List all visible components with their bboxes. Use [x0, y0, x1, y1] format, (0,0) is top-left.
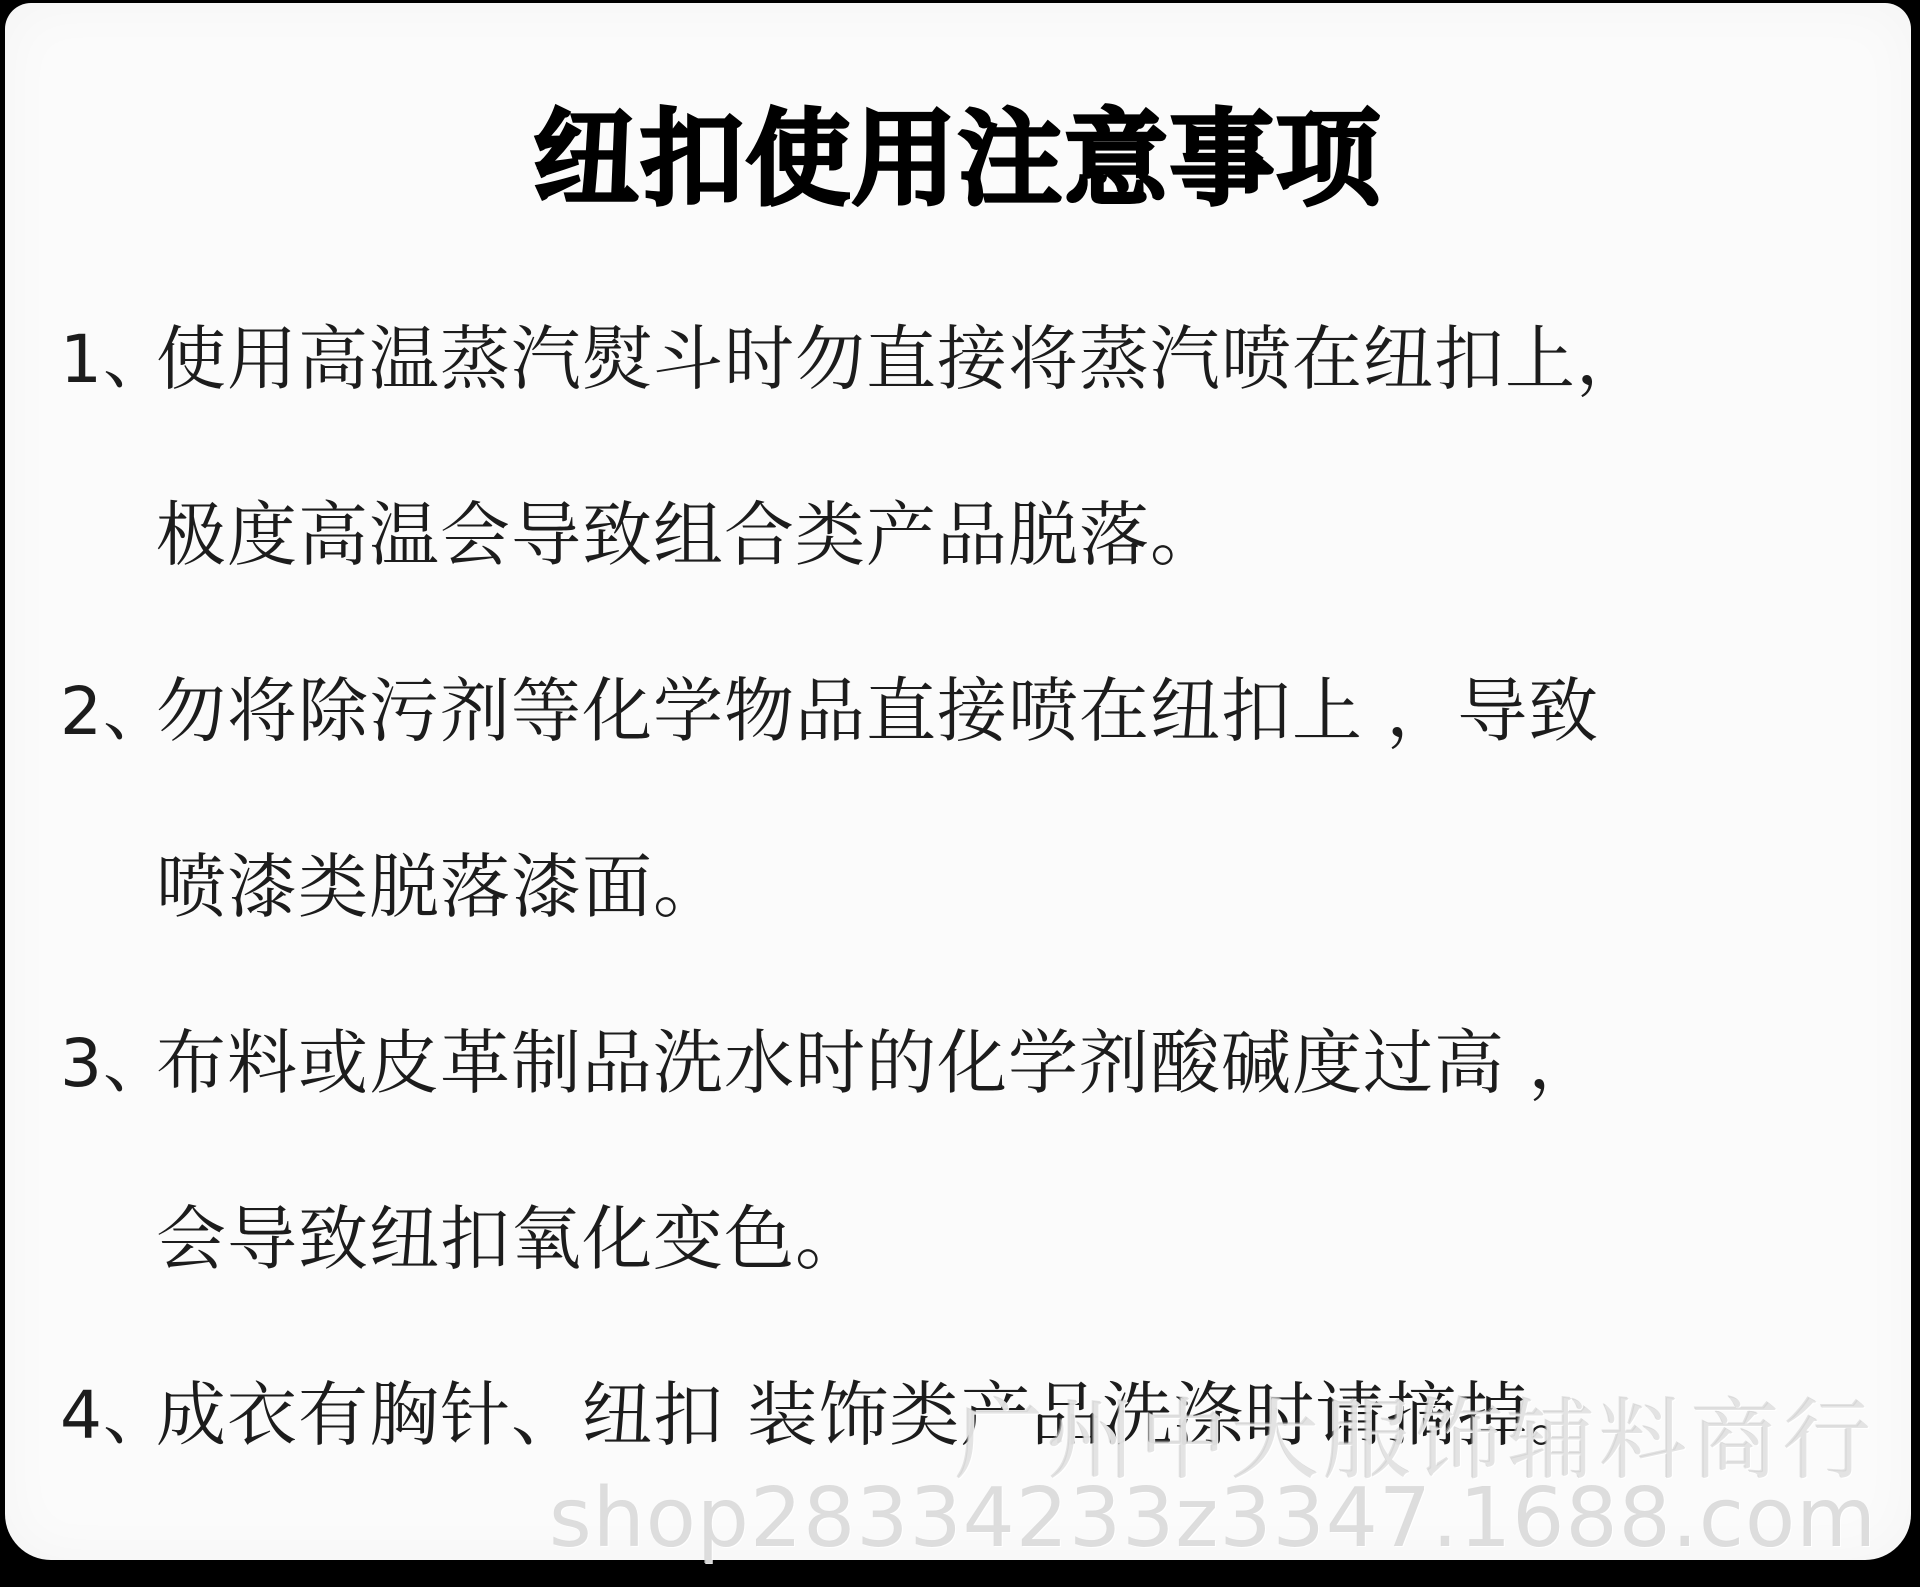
- notice-list: 1、 使用高温蒸汽熨斗时勿直接将蒸汽喷在纽扣上， 极度高温会导致组合类产品脱落。…: [60, 265, 1871, 1497]
- list-item: 2、 勿将除污剂等化学物品直接喷在纽扣上 ，导致: [60, 617, 1871, 793]
- list-item: 3、 布料或皮革制品洗水时的化学剂酸碱度过高 ，: [60, 969, 1871, 1145]
- item-text: 勿将除污剂等化学物品直接喷在纽扣上 ，导致: [156, 655, 1599, 756]
- item-number: 4、: [60, 1362, 156, 1457]
- item-text: 使用高温蒸汽熨斗时勿直接将蒸汽喷在纽扣上，: [156, 303, 1647, 404]
- list-item: 1、 使用高温蒸汽熨斗时勿直接将蒸汽喷在纽扣上，: [60, 265, 1871, 441]
- notice-card: 纽扣使用注意事项 1、 使用高温蒸汽熨斗时勿直接将蒸汽喷在纽扣上， 极度高温会导…: [5, 3, 1911, 1560]
- list-item-continuation: 会导致纽扣氧化变色。: [60, 1145, 1871, 1321]
- item-text: 布料或皮革制品洗水时的化学剂酸碱度过高 ，: [156, 1007, 1599, 1108]
- list-item-continuation: 极度高温会导致组合类产品脱落。: [60, 441, 1871, 617]
- list-item: 4、 成衣有胸针、纽扣 装饰类产品洗涤时请摘掉。: [60, 1321, 1871, 1497]
- item-text: 极度高温会导致组合类产品脱落。: [156, 479, 1221, 580]
- item-text: 会导致纽扣氧化变色。: [156, 1183, 866, 1284]
- item-number: 2、: [60, 658, 156, 753]
- list-item-continuation: 喷漆类脱落漆面。: [60, 793, 1871, 969]
- item-number: 3、: [60, 1010, 156, 1105]
- item-number: 1、: [60, 306, 156, 401]
- page-title: 纽扣使用注意事项: [5, 75, 1911, 225]
- item-text: 成衣有胸针、纽扣 装饰类产品洗涤时请摘掉。: [156, 1359, 1599, 1460]
- item-text: 喷漆类脱落漆面。: [156, 831, 724, 932]
